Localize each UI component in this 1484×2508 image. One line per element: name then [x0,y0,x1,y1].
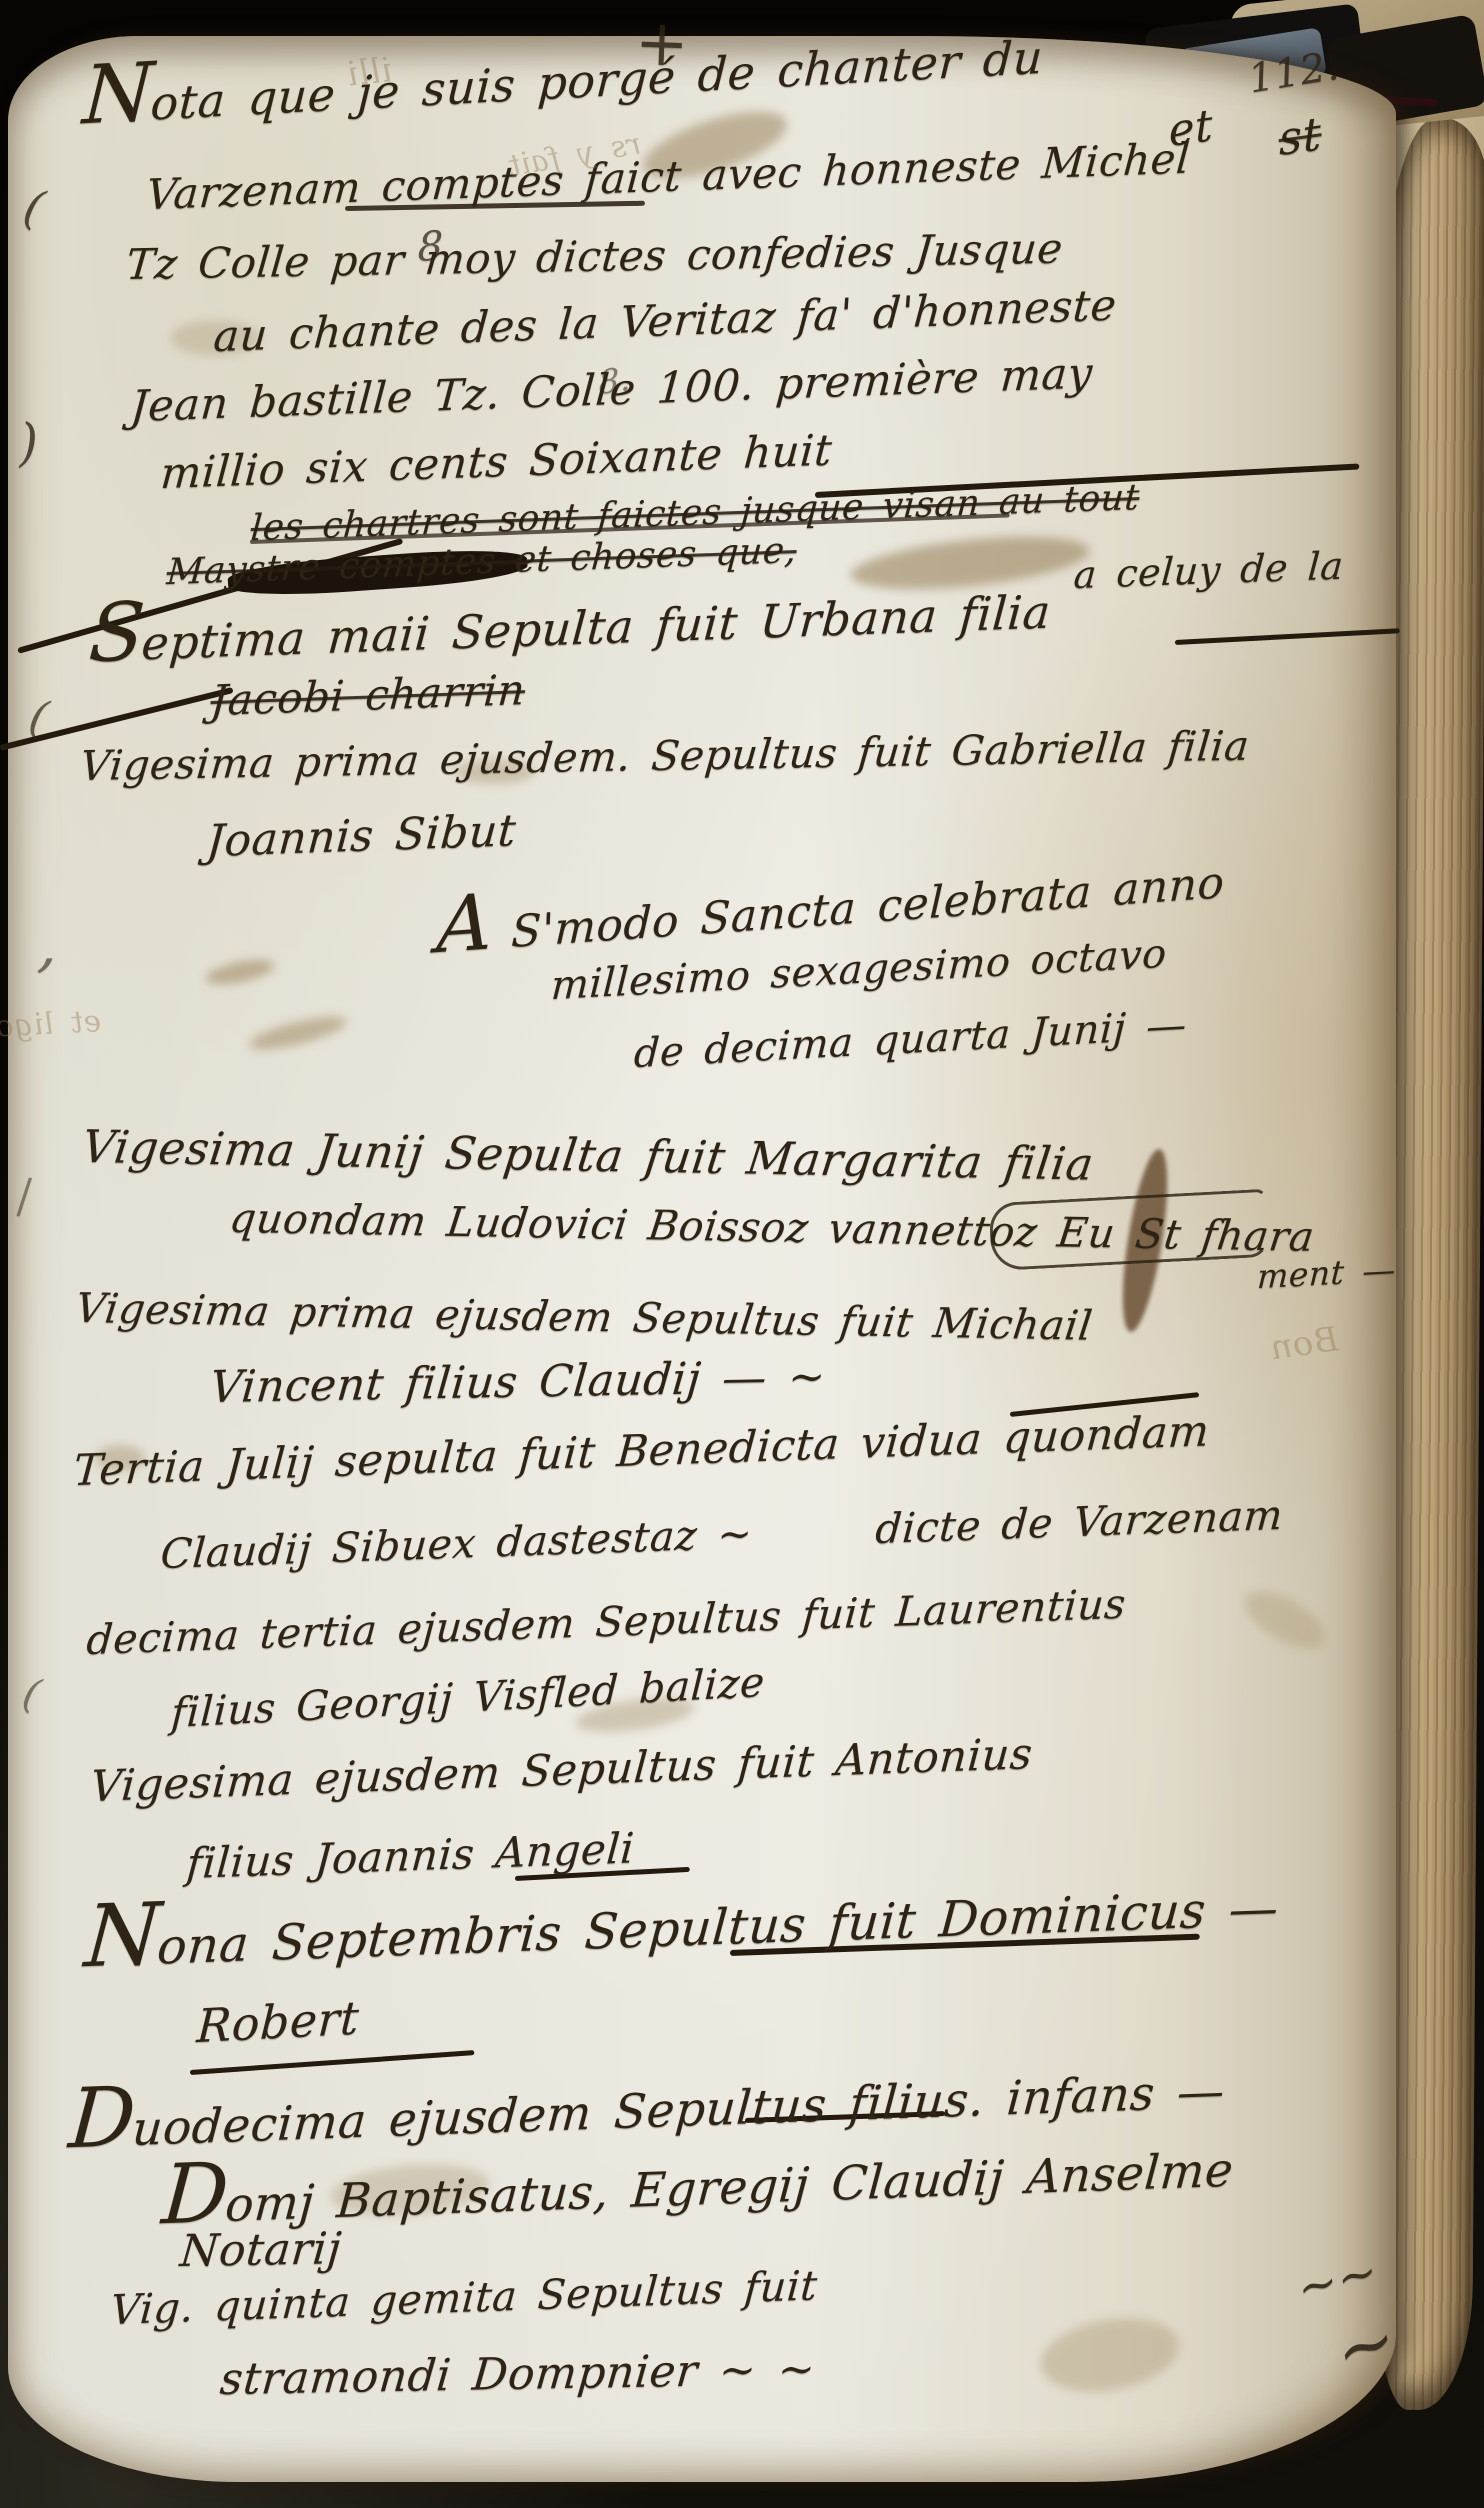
manuscript-line: Vig. quinta gemita Sepultus fuit [109,2267,818,2330]
manuscript-line: de decima quarta Junij — [633,1007,1188,1073]
manuscript-line: Notarij [178,2229,343,2272]
ink-stain [247,1010,349,1056]
manuscript-line: Vigesima prima ejusdem. Sepultus fuit Ga… [79,728,1251,786]
manuscript-line: filius Georgij Visfled balize [170,1664,766,1733]
manuscript-line: Varzenam comptes faict avec honneste Mic… [145,140,1191,215]
manuscript-line: au chante des la Veritaz fa' d'honneste [212,286,1118,357]
manuscript-line: decima tertia ejusdem Sepultus fuit Laur… [85,1586,1127,1660]
ink-layer: + 112. Nota que je suis porgé de chanter… [0,0,1484,2508]
manuscript-line: Claudij Sibuex dastestaz ~ dicte de Varz… [159,1497,1284,1574]
ink-fragment: ) [18,417,39,466]
manuscript-line: stramondi Dompnier ~ ~ [218,2350,817,2401]
ghost-text: Bon [1270,1324,1339,1365]
ink-fragment: | [13,1176,38,1214]
manuscript-line: st [1278,112,1322,161]
ink-stain [204,955,277,989]
ghost-text: illi [347,55,392,91]
ink-fragment: ( [19,1676,44,1714]
ink-fragment: ( [20,186,49,230]
page-number: 112. [1246,48,1342,99]
manuscript-line: ment — [1256,1255,1396,1293]
manuscript-line: Tertia Julij sepulta fuit Benedicta vidu… [72,1412,1211,1491]
manuscript-line: Vigesima ejusdem Sepultus fuit Antonius [89,1735,1034,1808]
ink-fragment: ∼ [1330,2303,1402,2387]
manuscript-line: millio six cents Soixante huit [159,432,833,495]
manuscript-line: a celuy de la [1073,549,1345,593]
manuscript-line: Robert [196,1996,360,2047]
ghost-text: et ligote [0,1008,102,1043]
ink-fragment: , [36,918,61,973]
ink-fragment: 8 [417,228,444,267]
manuscript-line: Vigesima prima ejusdem Sepultus fuit Mic… [73,1290,1094,1345]
manuscript-line: Nota que je suis porgé de chanter du [81,8,1045,133]
ink-stain [1035,2308,1185,2401]
manuscript-line: Vigesima Junij Sepulta fuit Margarita fi… [80,1126,1096,1185]
manuscript-line: Vincent filius Claudij — ~ [208,1357,827,1408]
ink-fragment: 8. [598,363,631,398]
ink-stain [1236,1580,1334,1660]
manuscript-line: Jacobi charrin [209,671,526,721]
manuscript-line: Joannis Sibut [205,811,517,862]
manuscript-line: Tz Colle par moy dictes confedies Jusque [125,230,1065,285]
photo-background: + 112. Nota que je suis porgé de chanter… [0,0,1484,2508]
dash-flourish [1175,628,1400,645]
